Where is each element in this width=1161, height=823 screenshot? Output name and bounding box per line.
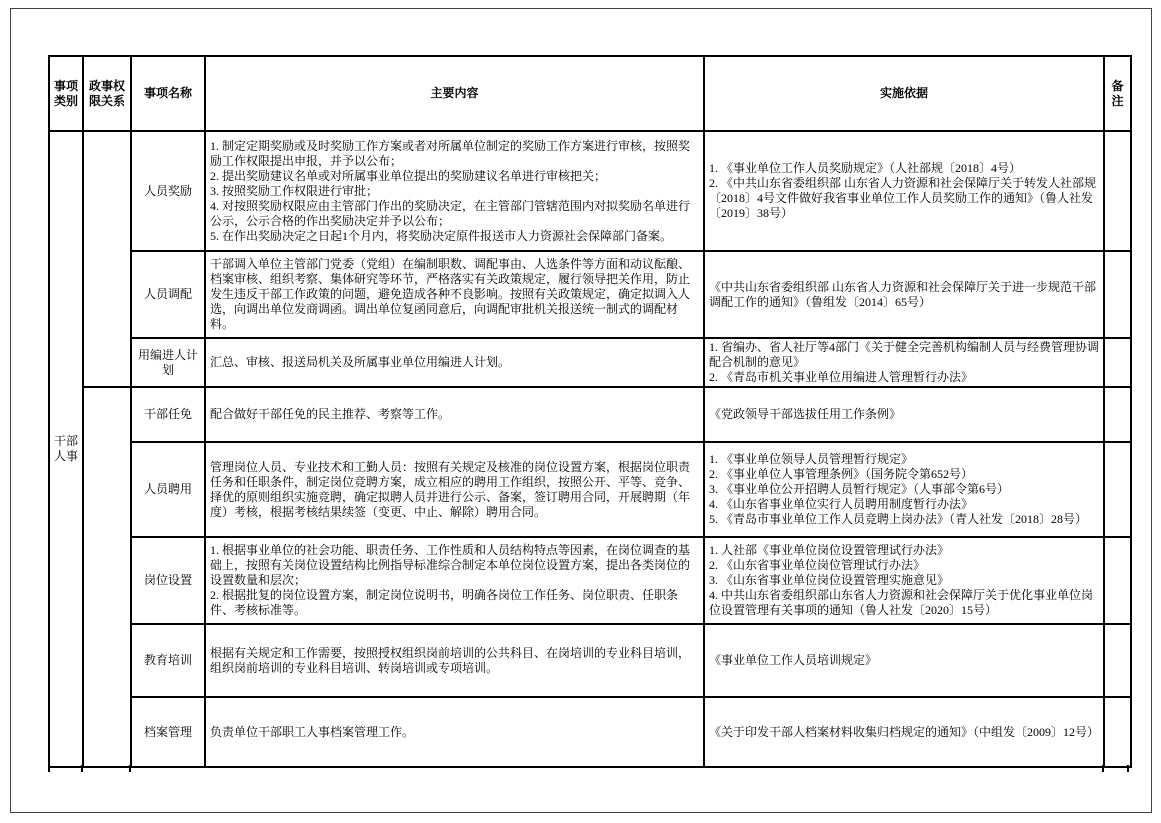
cell-basis: 《关于印发干部人档案材料收集归档规定的通知》（中组发〔2009〕12号） — [704, 697, 1104, 767]
cell-basis: 1. 《事业单位工作人员奖励规定》（人社部规〔2018〕4号） 2. 《中共山东… — [704, 131, 1104, 251]
cell-remark — [1104, 387, 1131, 442]
cell-basis: 1. 省编办、省人社厅等4部门《关于健全完善机构编制人员与经费管理协调配合机制的… — [704, 338, 1104, 387]
gridline-stub — [48, 765, 50, 772]
cell-matter-name: 岗位设置 — [131, 537, 205, 624]
cell-main-content: 干部调入单位主管部门党委（党组）在编制职数、调配事由、人选条件等方面和动议酝酿、… — [205, 251, 704, 338]
cell-main-content: 根据有关规定和工作需要，按照授权组织岗前培训的公共科目、在岗培训的专业科目培训，… — [205, 624, 704, 697]
table-row: 人员聘用 管理岗位人员、专业技术和工勤人员：按照有关规定及核准的岗位设置方案，根… — [49, 442, 1131, 537]
gridline-stub — [1127, 765, 1129, 772]
header-row: 事项类别 政事权限关系 事项名称 主要内容 实施依据 备注 — [49, 56, 1131, 131]
cell-main-content: 管理岗位人员、专业技术和工勤人员：按照有关规定及核准的岗位设置方案，根据岗位职责… — [205, 442, 704, 537]
cell-basis: 《事业单位工作人员培训规定》 — [704, 624, 1104, 697]
cell-authority-group-1 — [83, 131, 131, 387]
gridline-stub — [81, 765, 83, 772]
table-row: 干部任免 配合做好干部任免的民主推荐、考察等工作。 《党政领导干部选拔任用工作条… — [49, 387, 1131, 442]
cell-remark — [1104, 338, 1131, 387]
cell-category: 干部人事 — [49, 131, 83, 767]
cell-matter-name: 人员奖励 — [131, 131, 205, 251]
table-row: 教育培训 根据有关规定和工作需要，按照授权组织岗前培训的公共科目、在岗培训的专业… — [49, 624, 1131, 697]
cell-remark — [1104, 251, 1131, 338]
cell-main-content: 配合做好干部任免的民主推荐、考察等工作。 — [205, 387, 704, 442]
header-remark: 备注 — [1104, 56, 1131, 131]
cell-remark — [1104, 537, 1131, 624]
cell-remark — [1104, 442, 1131, 537]
table-row: 用编进人计划 汇总、审核、报送局机关及所属事业单位用编进人计划。 1. 省编办、… — [49, 338, 1131, 387]
table-row: 岗位设置 1. 根据事业单位的社会功能、职责任务、工作性质和人员结构特点等因素，… — [49, 537, 1131, 624]
cell-main-content: 负责单位干部职工人事档案管理工作。 — [205, 697, 704, 767]
header-category: 事项类别 — [49, 56, 83, 131]
cell-remark — [1104, 624, 1131, 697]
cell-basis: 《党政领导干部选拔任用工作条例》 — [704, 387, 1104, 442]
cell-authority-group-2 — [83, 387, 131, 767]
cell-basis: 1. 人社部《事业单位岗位设置管理试行办法》 2. 《山东省事业单位岗位管理试行… — [704, 537, 1104, 624]
header-content: 主要内容 — [205, 56, 704, 131]
gridline-stub — [129, 765, 131, 772]
table-row: 人员调配 干部调入单位主管部门党委（党组）在编制职数、调配事由、人选条件等方面和… — [49, 251, 1131, 338]
document-page: 事项类别 政事权限关系 事项名称 主要内容 实施依据 备注 干部人事 人员奖励 … — [0, 0, 1161, 823]
matters-table-wrap: 事项类别 政事权限关系 事项名称 主要内容 实施依据 备注 干部人事 人员奖励 … — [48, 55, 1130, 768]
header-authority: 政事权限关系 — [83, 56, 131, 131]
cell-main-content: 1. 根据事业单位的社会功能、职责任务、工作性质和人员结构特点等因素，在岗位调查… — [205, 537, 704, 624]
gridline-stub — [1102, 765, 1104, 772]
cell-matter-name: 档案管理 — [131, 697, 205, 767]
cell-basis: 《中共山东省委组织部 山东省人力资源和社会保障厅关于进一步规范干部调配工作的通知… — [704, 251, 1104, 338]
cell-matter-name: 教育培训 — [131, 624, 205, 697]
table-row: 档案管理 负责单位干部职工人事档案管理工作。 《关于印发干部人档案材料收集归档规… — [49, 697, 1131, 767]
cell-matter-name: 人员聘用 — [131, 442, 205, 537]
cell-matter-name: 干部任免 — [131, 387, 205, 442]
matters-table: 事项类别 政事权限关系 事项名称 主要内容 实施依据 备注 干部人事 人员奖励 … — [48, 55, 1132, 768]
header-basis: 实施依据 — [704, 56, 1104, 131]
table-row: 干部人事 人员奖励 1. 制定定期奖励或及时奖励工作方案或者对所属单位制定的奖励… — [49, 131, 1131, 251]
cell-matter-name: 人员调配 — [131, 251, 205, 338]
header-name: 事项名称 — [131, 56, 205, 131]
cell-main-content: 1. 制定定期奖励或及时奖励工作方案或者对所属单位制定的奖励工作方案进行审核，按… — [205, 131, 704, 251]
cell-matter-name: 用编进人计划 — [131, 338, 205, 387]
cell-main-content: 汇总、审核、报送局机关及所属事业单位用编进人计划。 — [205, 338, 704, 387]
cell-basis: 1. 《事业单位领导人员管理暂行规定》 2. 《事业单位人事管理条例》（国务院令… — [704, 442, 1104, 537]
cell-remark — [1104, 131, 1131, 251]
cell-remark — [1104, 697, 1131, 767]
